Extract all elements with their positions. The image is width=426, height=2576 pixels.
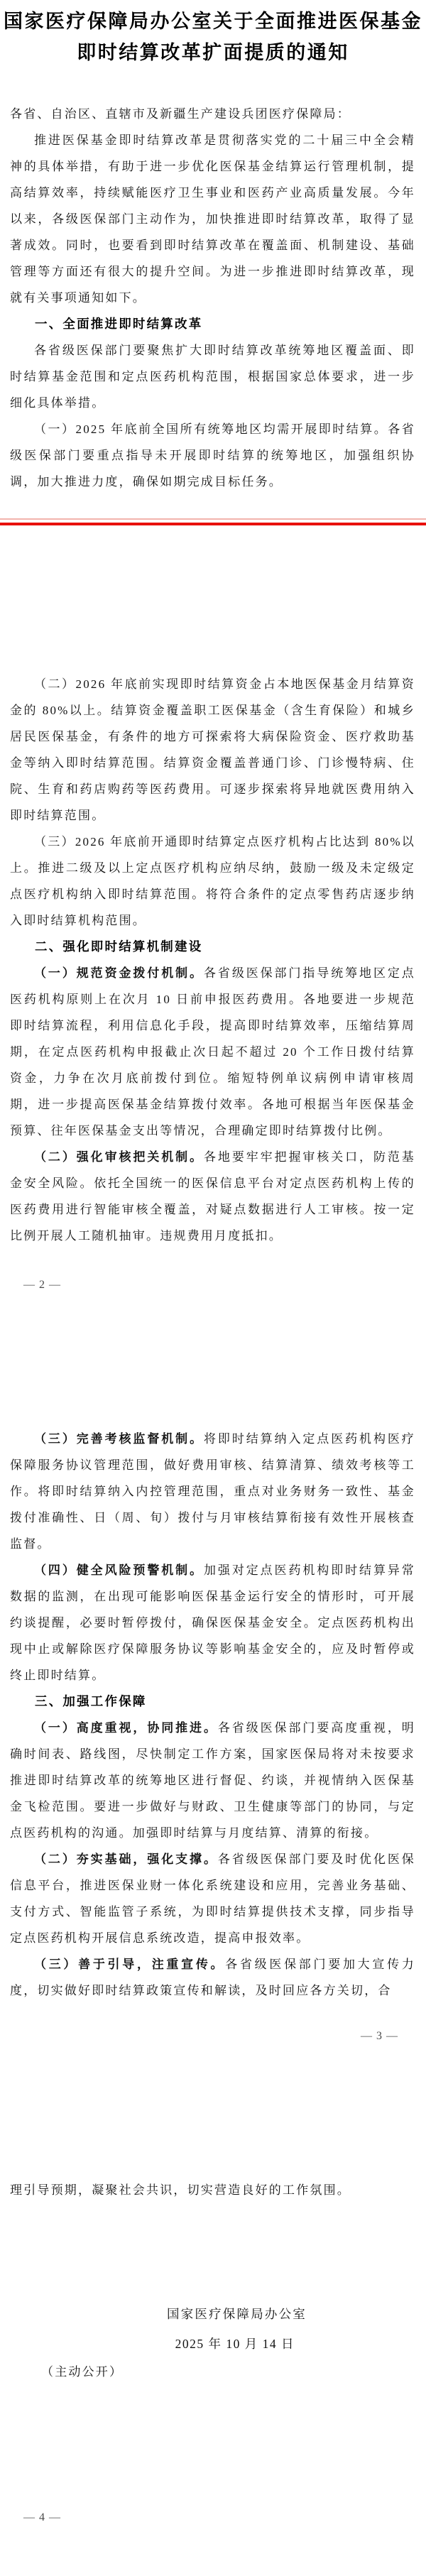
section-3-item-3-lead: （三）善于引导，注重宣传。 <box>34 1958 225 1971</box>
section-1-item-2: （二）2026 年底前实现即时结算资金占本地医保基金月结算资金的 80%以上。结… <box>10 671 415 829</box>
section-3-item-3: （三）善于引导，注重宣传。各省级医保部门要加大宣传力度，切实做好即时结算政策宣传… <box>10 1951 415 2004</box>
section-3-item-1: （一）高度重视，协同推进。各省级医保部门要高度重视，明确时间表、路线图，尽快制定… <box>10 1715 415 1846</box>
page-title-line-1: 国家医疗保障局办公室关于全面推进医保基金 <box>0 6 426 37</box>
section-3-item-1-lead: （一）高度重视，协同推进。 <box>34 1721 218 1735</box>
page-title: 国家医疗保障局办公室关于全面推进医保基金 即时结算改革扩面提质的通知 <box>0 0 426 68</box>
section-2-item-1: （一）规范资金拨付机制。各省级医保部门指导统筹地区定点医药机构原则上在次月 10… <box>10 960 415 1144</box>
page-number-3: — 3 — <box>10 2023 415 2049</box>
section-1-lead-paragraph: 各省级医保部门要聚焦扩大即时结算改革统筹地区覆盖面、即时结算基金范围和定点医药机… <box>10 337 415 416</box>
disclosure-note: （主动公开） <box>10 2359 415 2386</box>
signature-organization: 国家医疗保障局办公室 <box>10 2299 415 2329</box>
section-3-item-2-lead: （二）夯实基础，强化支撑。 <box>34 1852 218 1866</box>
section-2-item-3-text: 将即时结算纳入定点医药机构医疗保障服务协议管理范围，做好费用审核、结算清算、绩效… <box>10 1432 415 1551</box>
official-notice-document: 国家医疗保障局办公室关于全面推进医保基金 即时结算改革扩面提质的通知 各省、自治… <box>0 0 426 2576</box>
section-3-continuation: 理引导预期，凝聚社会共识，切实营造良好的工作氛围。 <box>10 2177 415 2203</box>
page-number-2: — 2 — <box>10 1272 415 1298</box>
section-2-item-1-lead: （一）规范资金拨付机制。 <box>34 966 204 980</box>
red-separator-thick-line <box>0 523 426 525</box>
signature-date: 2025 年 10 月 14 日 <box>10 2329 415 2359</box>
section-3-item-2-text: 各省级医保部门要及时优化医保信息平台，推进医保业财一体化系统建设和应用，完善业务… <box>10 1852 415 1945</box>
page-number-4: — 4 — <box>10 2504 415 2531</box>
section-1-item-3: （三）2026 年底前开通即时结算定点医疗机构占比达到 80%以上。推进二级及以… <box>10 829 415 934</box>
section-2-item-4-text: 加强对定点医药机构即时结算异常数据的监测，在出现可能影响医保基金运行安全的情形时… <box>10 1563 415 1682</box>
section-2-item-4: （四）健全风险预警机制。加强对定点医药机构即时结算异常数据的监测，在出现可能影响… <box>10 1557 415 1688</box>
section-1-heading: 一、全面推进即时结算改革 <box>10 311 415 337</box>
section-3-item-1-text: 各省级医保部门要高度重视，明确时间表、路线图，尽快制定工作方案，国家医保局将对未… <box>10 1721 415 1840</box>
section-2-item-4-lead: （四）健全风险预警机制。 <box>34 1563 204 1577</box>
section-1-item-1: （一）2025 年底前全国所有统筹地区均需开展即时结算。各省级医保部门要重点指导… <box>10 416 415 495</box>
section-2-item-1-text: 各省级医保部门指导统筹地区定点医药机构原则上在次月 10 日前申报医药费用。各地… <box>10 966 415 1137</box>
salutation: 各省、自治区、直辖市及新疆生产建设兵团医疗保障局： <box>10 101 415 127</box>
section-2-item-3: （三）完善考核监督机制。将即时结算纳入定点医药机构医疗保障服务协议管理范围，做好… <box>10 1426 415 1557</box>
intro-paragraph: 推进医保基金即时结算改革是贯彻落实党的二十届三中全会精神的具体举措，有助于进一步… <box>10 127 415 311</box>
section-2-heading: 二、强化即时结算机制建设 <box>10 934 415 960</box>
section-2-item-3-lead: （三）完善考核监督机制。 <box>34 1432 204 1446</box>
red-page-separator <box>0 518 426 525</box>
section-2-item-2-text: 各地要牢牢把握审核关口，防范基金安全风险。依托全国统一的医保信息平台对定点医药机… <box>10 1150 415 1243</box>
page-title-line-2: 即时结算改革扩面提质的通知 <box>0 37 426 68</box>
section-2-item-2: （二）强化审核把关机制。各地要牢牢把握审核关口，防范基金安全风险。依托全国统一的… <box>10 1144 415 1249</box>
section-3-heading: 三、加强工作保障 <box>10 1688 415 1715</box>
section-2-item-2-lead: （二）强化审核把关机制。 <box>34 1150 204 1164</box>
section-3-item-2: （二）夯实基础，强化支撑。各省级医保部门要及时优化医保信息平台，推进医保业财一体… <box>10 1846 415 1951</box>
